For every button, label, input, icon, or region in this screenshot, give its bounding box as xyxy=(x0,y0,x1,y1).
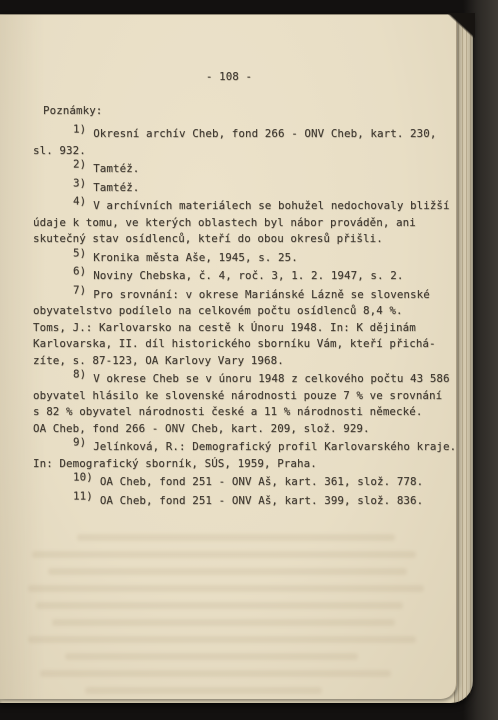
footnote-marker: 9) xyxy=(73,435,86,452)
footnote-text: Kronika města Aše, 1945, s. 25. xyxy=(93,251,298,264)
footnote-line: Toms, J.: Karlovarsko na cestě k Únoru 1… xyxy=(33,320,456,337)
footnote-text: V okrese Cheb se v únoru 1948 z celkovéh… xyxy=(93,372,449,385)
footnote-line: obyvatelstvo podílelo na celkovém počtu … xyxy=(33,303,456,320)
footnote-item: 5)Kronika města Aše, 1945, s. 25. xyxy=(33,250,456,267)
footnote-item: 2)Tamtéž. xyxy=(33,161,456,178)
footnote-marker: 5) xyxy=(73,245,86,262)
footnote-text: Noviny Chebska, č. 4, roč. 3, 1. 2. 1947… xyxy=(93,269,403,282)
footnote-line: sl. 932. xyxy=(33,143,456,160)
bleed-through-text xyxy=(28,534,436,704)
footnote-line: zíte, s. 87-123, OA Karlovy Vary 1968. xyxy=(33,353,456,370)
footnote-first-line: 8)V okrese Cheb se v únoru 1948 z celkov… xyxy=(33,371,456,388)
footnote-line: s 82 % obyvatel národnosti české a 11 % … xyxy=(33,404,456,421)
footnote-marker: 1) xyxy=(73,122,86,139)
footnote-marker: 2) xyxy=(73,157,86,174)
footnote-first-line: 11)OA Cheb, fond 251 - ONV Aš, kart. 399… xyxy=(33,493,456,510)
footnote-marker: 6) xyxy=(73,264,86,281)
footnote-item: 11)OA Cheb, fond 251 - ONV Aš, kart. 399… xyxy=(33,493,456,510)
footnote-text: OA Cheb, fond 251 - ONV Aš, kart. 361, s… xyxy=(100,475,423,488)
notes-heading: Poznámky: xyxy=(43,103,456,120)
footnote-item: 3)Tamtéž. xyxy=(33,180,456,197)
footnote-item: 9)Jelínková, R.: Demografický profil Kar… xyxy=(33,439,456,472)
footnote-first-line: 1)Okresní archív Cheb, fond 266 - ONV Ch… xyxy=(33,126,456,143)
footnote-item: 4)V archívních materiálech se bohužel ne… xyxy=(33,198,456,248)
footnote-item: 8)V okrese Cheb se v únoru 1948 z celkov… xyxy=(33,371,456,437)
footnote-line: obyvatel hlásilo ke slovenské národnosti… xyxy=(33,388,456,405)
footnote-item: 7)Pro srovnání: v okrese Mariánské Lázně… xyxy=(33,287,456,370)
footnote-text: OA Cheb, fond 251 - ONV Aš, kart. 399, s… xyxy=(100,494,423,507)
footnote-marker: 7) xyxy=(73,282,86,299)
footnote-marker: 11) xyxy=(73,488,93,505)
footnote-line: Karlovarska, II. díl historického sborní… xyxy=(33,336,456,353)
footnote-text: V archívních materiálech se bohužel nedo… xyxy=(93,199,449,212)
footnote-marker: 4) xyxy=(73,194,86,211)
footnote-first-line: 6)Noviny Chebska, č. 4, roč. 3, 1. 2. 19… xyxy=(33,268,456,285)
footnote-first-line: 5)Kronika města Aše, 1945, s. 25. xyxy=(33,250,456,267)
page-number: - 108 - xyxy=(33,69,425,86)
footnote-line: In: Demografický sborník, SÚS, 1959, Pra… xyxy=(33,456,456,473)
footnote-marker: 10) xyxy=(73,470,93,487)
footnote-line: OA Cheb, fond 266 - ONV Cheb, kart. 209,… xyxy=(33,421,456,438)
page-content: - 108 - Poznámky: 1)Okresní archív Cheb,… xyxy=(33,69,456,509)
footnote-first-line: 4)V archívních materiálech se bohužel ne… xyxy=(33,198,456,215)
footnote-marker: 8) xyxy=(73,367,86,384)
page-sheet: - 108 - Poznámky: 1)Okresní archív Cheb,… xyxy=(0,15,457,699)
footnote-first-line: 2)Tamtéž. xyxy=(33,161,456,178)
footnote-first-line: 10)OA Cheb, fond 251 - ONV Aš, kart. 361… xyxy=(33,474,456,491)
footnote-line: skutečný stav osídlenců, kteří do obou o… xyxy=(33,231,456,248)
footnote-first-line: 9)Jelínková, R.: Demografický profil Kar… xyxy=(33,439,456,456)
footnote-text: Okresní archív Cheb, fond 266 - ONV Cheb… xyxy=(93,127,436,140)
footnote-first-line: 3)Tamtéž. xyxy=(33,180,456,197)
scanned-book-page: - 108 - Poznámky: 1)Okresní archív Cheb,… xyxy=(0,0,498,720)
footnote-text: Jelínková, R.: Demografický profil Karlo… xyxy=(93,440,456,453)
page-corner-bevel xyxy=(448,13,475,38)
footnote-text: Tamtéž. xyxy=(93,162,139,175)
footnote-line: údaje k tomu, ve kterých oblastech byl n… xyxy=(33,215,456,232)
footnotes-list: 1)Okresní archív Cheb, fond 266 - ONV Ch… xyxy=(33,126,456,509)
footnote-text: Pro srovnání: v okrese Mariánské Lázně s… xyxy=(93,288,430,301)
footnote-item: 1)Okresní archív Cheb, fond 266 - ONV Ch… xyxy=(33,126,456,159)
footnote-text: Tamtéž. xyxy=(93,181,139,194)
footnote-first-line: 7)Pro srovnání: v okrese Mariánské Lázně… xyxy=(33,287,456,304)
footnote-item: 6)Noviny Chebska, č. 4, roč. 3, 1. 2. 19… xyxy=(33,268,456,285)
footnote-marker: 3) xyxy=(73,175,86,192)
footnote-item: 10)OA Cheb, fond 251 - ONV Aš, kart. 361… xyxy=(33,474,456,491)
